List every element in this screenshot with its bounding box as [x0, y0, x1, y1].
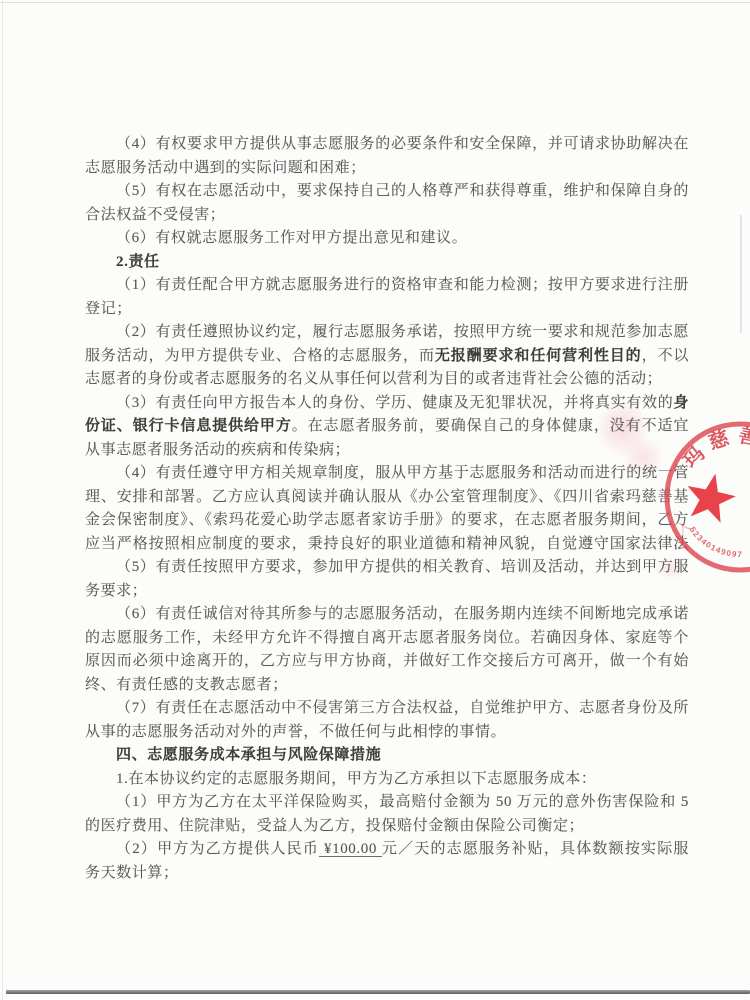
document-line: 份证、银行卡信息提供给甲方。在志愿者服务前，要确保自己的身体健康，没有不适宜 — [85, 415, 689, 439]
seal-star-icon — [681, 468, 739, 524]
document-line: 志愿服务活动中遇到的实际问题和困难； — [85, 157, 689, 181]
text-segment: 务天数计算； — [85, 865, 179, 881]
text-segment: 1.在本协议约定的志愿服务期间，甲方为乙方承担以下志愿服务成本： — [116, 771, 596, 787]
text-segment: 合法权益不受侵害； — [85, 207, 225, 223]
document-line: （5）有权在志愿活动中，要求保持自己的人格尊严和获得尊重，维护和保障自身的 — [85, 180, 689, 204]
text-segment: 务要求； — [85, 583, 147, 599]
text-segment: （4）有责任遵守甲方相关规章制度，服从甲方基于志愿服务和活动而进行的统一管 — [116, 465, 689, 481]
document-line: 合法权益不受侵害； — [85, 204, 689, 228]
text-segment: 志愿服务活动中遇到的实际问题和困难； — [85, 160, 366, 176]
text-segment: 原因而必须中途离开的，乙方应与甲方协商，并做好工作交接后方可离开，做一个有始有 — [85, 653, 689, 674]
document-line: 登记； — [85, 298, 689, 322]
document-line: 原因而必须中途离开的，乙方应与甲方协商，并做好工作交接后方可离开，做一个有始有 — [85, 650, 689, 674]
text-segment: （2）有责任遵照协议约定，履行志愿服务承诺，按照甲方统一要求和规范参加志愿 — [116, 324, 689, 340]
text-segment: （6）有权就志愿服务工作对甲方提出意见和建议。 — [116, 230, 467, 246]
text-segment: （3）有责任向甲方报告本人的身份、学历、健康及无犯罪状况，并将真实有效的 — [116, 395, 673, 411]
text-segment: 志愿者的身份或者志愿服务的名义从事任何以营利为目的或者违背社会公德的活动； — [85, 371, 662, 387]
document-line: （1）甲方为乙方在太平洋保险购买，最高赔付金额为 50 万元的意外伤害保险和 5… — [85, 791, 689, 815]
text-segment: （5）有权在志愿活动中，要求保持自己的人格尊严和获得尊重，维护和保障自身的 — [116, 183, 689, 199]
document-line: 金会保密制度》、《索玛花爱心助学志愿者家访手册》的要求，在志愿者服务期间，乙方 — [85, 509, 689, 533]
seal-arc-text-path: 玛慈善基 — [679, 423, 750, 473]
document-line: 服务活动，为甲方提供专业、合格的志愿服务，而无报酬要求和任何营利性目的，不以 — [85, 345, 689, 369]
text-segment: 身 — [673, 395, 689, 411]
text-segment: 终、有责任感的支教志愿者； — [85, 677, 288, 693]
text-segment: （6）有责任诚信对待其所参与的志愿服务活动，在服务期内连续不间断地完成承诺 — [116, 606, 689, 622]
text-segment: 服务活动，为甲方提供专业、合格的志愿服务，而 — [85, 348, 435, 364]
document-line: 应当严格按照相应制度的要求，秉持良好的职业道德和精神风貌，自觉遵守国家法律法规。 — [85, 533, 689, 557]
document-line: （6）有权就志愿服务工作对甲方提出意见和建议。 — [85, 227, 689, 251]
document-line: （2）有责任遵照协议约定，履行志愿服务承诺，按照甲方统一要求和规范参加志愿 — [85, 321, 689, 345]
text-segment: 份证、银行卡信息提供给甲方 — [85, 418, 292, 434]
document-line: （7）有责任在志愿活动中不侵害第三方合法权益，自觉维护甲方、志愿者身份及所 — [85, 697, 689, 721]
text-segment: 的志愿服务工作，未经甲方允许不得擅自离开志愿者服务岗位。若确因身体、家庭等个人 — [85, 630, 689, 651]
document-line: 从事志愿者服务活动的疾病和传染病； — [85, 439, 689, 463]
text-segment: 四、志愿服务成本承担与风险保障措施 — [116, 747, 381, 763]
text-segment: （1）甲方为乙方在太平洋保险购买，最高赔付金额为 50 万元的意外伤害保险和 5… — [85, 794, 689, 815]
text-segment: 元／天的志愿服务补贴，具体数额按实际服 — [382, 841, 689, 857]
document-line: （4）有责任遵守甲方相关规章制度，服从甲方基于志愿服务和活动而进行的统一管 — [85, 462, 689, 486]
document-line: （2）甲方为乙方提供人民币 ¥100.00 元／天的志愿服务补贴，具体数额按实际… — [85, 838, 689, 862]
text-segment: （5）有责任按照甲方要求，参加甲方提供的相关教育、培训及活动，并达到甲方服 — [116, 559, 689, 575]
document-line: 四、志愿服务成本承担与风险保障措施 — [85, 744, 689, 768]
text-segment: 应当严格按照相应制度的要求，秉持良好的职业道德和精神风貌，自觉遵守国家法律法规。 — [85, 536, 689, 557]
text-segment: 的医疗费用、住院津贴，受益人为乙方，投保赔付金额由保险公司衡定； — [85, 818, 584, 834]
scanned-page: （4）有权要求甲方提供从事志愿服务的必要条件和安全保障，并可请求协助解决在志愿服… — [0, 0, 750, 1000]
seal-serial-number: 52340149097 — [688, 525, 743, 559]
text-segment: ，不以 — [642, 348, 689, 364]
text-segment: （1）有责任配合甲方就志愿服务进行的资格审查和能力检测；按甲方要求进行注册 — [116, 277, 689, 293]
document-line: 志愿者的身份或者志愿服务的名义从事任何以营利为目的或者违背社会公德的活动； — [85, 368, 689, 392]
document-line: 的医疗费用、住院津贴，受益人为乙方，投保赔付金额由保险公司衡定； — [85, 815, 689, 839]
document-line: 务要求； — [85, 580, 689, 604]
document-line: 终、有责任感的支教志愿者； — [85, 674, 689, 698]
seal-arc-text: 玛慈善基 — [679, 423, 750, 473]
text-segment: 金会保密制度》、《索玛花爱心助学志愿者家访手册》的要求，在志愿者服务期间，乙方 — [85, 512, 689, 528]
text-segment: 无报酬要求和任何营利性目的 — [435, 348, 642, 364]
document-line: （5）有责任按照甲方要求，参加甲方提供的相关教育、培训及活动，并达到甲方服 — [85, 556, 689, 580]
scan-edge-left — [2, 0, 3, 1000]
text-segment: 登记； — [85, 301, 132, 317]
text-segment: 2.责任 — [116, 254, 160, 270]
document-line: 1.在本协议约定的志愿服务期间，甲方为乙方承担以下志愿服务成本： — [85, 768, 689, 792]
text-segment: 理、安排和部署。乙方应认真阅读并确认服从《办公室管理制度》、《四川省索玛慈善基 — [85, 489, 689, 505]
scan-edge-top — [0, 2, 750, 3]
seal-serial-path: 52340149097 — [688, 525, 743, 559]
text-segment: （7）有责任在志愿活动中不侵害第三方合法权益，自觉维护甲方、志愿者身份及所 — [116, 700, 689, 716]
text-segment: （2）甲方为乙方提供人民币 — [116, 841, 319, 857]
scan-edge-bottom — [6, 990, 750, 994]
document-line: 的志愿服务工作，未经甲方允许不得擅自离开志愿者服务岗位。若确因身体、家庭等个人 — [85, 627, 689, 651]
scan-fold-line — [740, 215, 742, 333]
document-line: 2.责任 — [85, 251, 689, 275]
text-segment: 。在志愿者服务前，要确保自己的身体健康，没有不适宜 — [292, 418, 689, 434]
document-line: 理、安排和部署。乙方应认真阅读并确认服从《办公室管理制度》、《四川省索玛慈善基 — [85, 486, 689, 510]
document-line: 从事的志愿服务活动对外的声誉，不做任何与此相悖的事情。 — [85, 721, 689, 745]
document-line: （3）有责任向甲方报告本人的身份、学历、健康及无犯罪状况，并将真实有效的身 — [85, 392, 689, 416]
document-line: （1）有责任配合甲方就志愿服务进行的资格审查和能力检测；按甲方要求进行注册 — [85, 274, 689, 298]
document-line: （4）有权要求甲方提供从事志愿服务的必要条件和安全保障，并可请求协助解决在 — [85, 133, 689, 157]
text-segment: （4）有权要求甲方提供从事志愿服务的必要条件和安全保障，并可请求协助解决在 — [116, 136, 689, 152]
document-line: （6）有责任诚信对待其所参与的志愿服务活动，在服务期内连续不间断地完成承诺 — [85, 603, 689, 627]
document-line: 务天数计算； — [85, 862, 689, 886]
text-segment: 从事的志愿服务活动对外的声誉，不做任何与此相悖的事情。 — [85, 724, 506, 740]
text-segment: 从事志愿者服务活动的疾病和传染病； — [85, 442, 350, 458]
document-body: （4）有权要求甲方提供从事志愿服务的必要条件和安全保障，并可请求协助解决在志愿服… — [85, 133, 689, 885]
text-segment: ¥100.00 — [319, 841, 382, 857]
